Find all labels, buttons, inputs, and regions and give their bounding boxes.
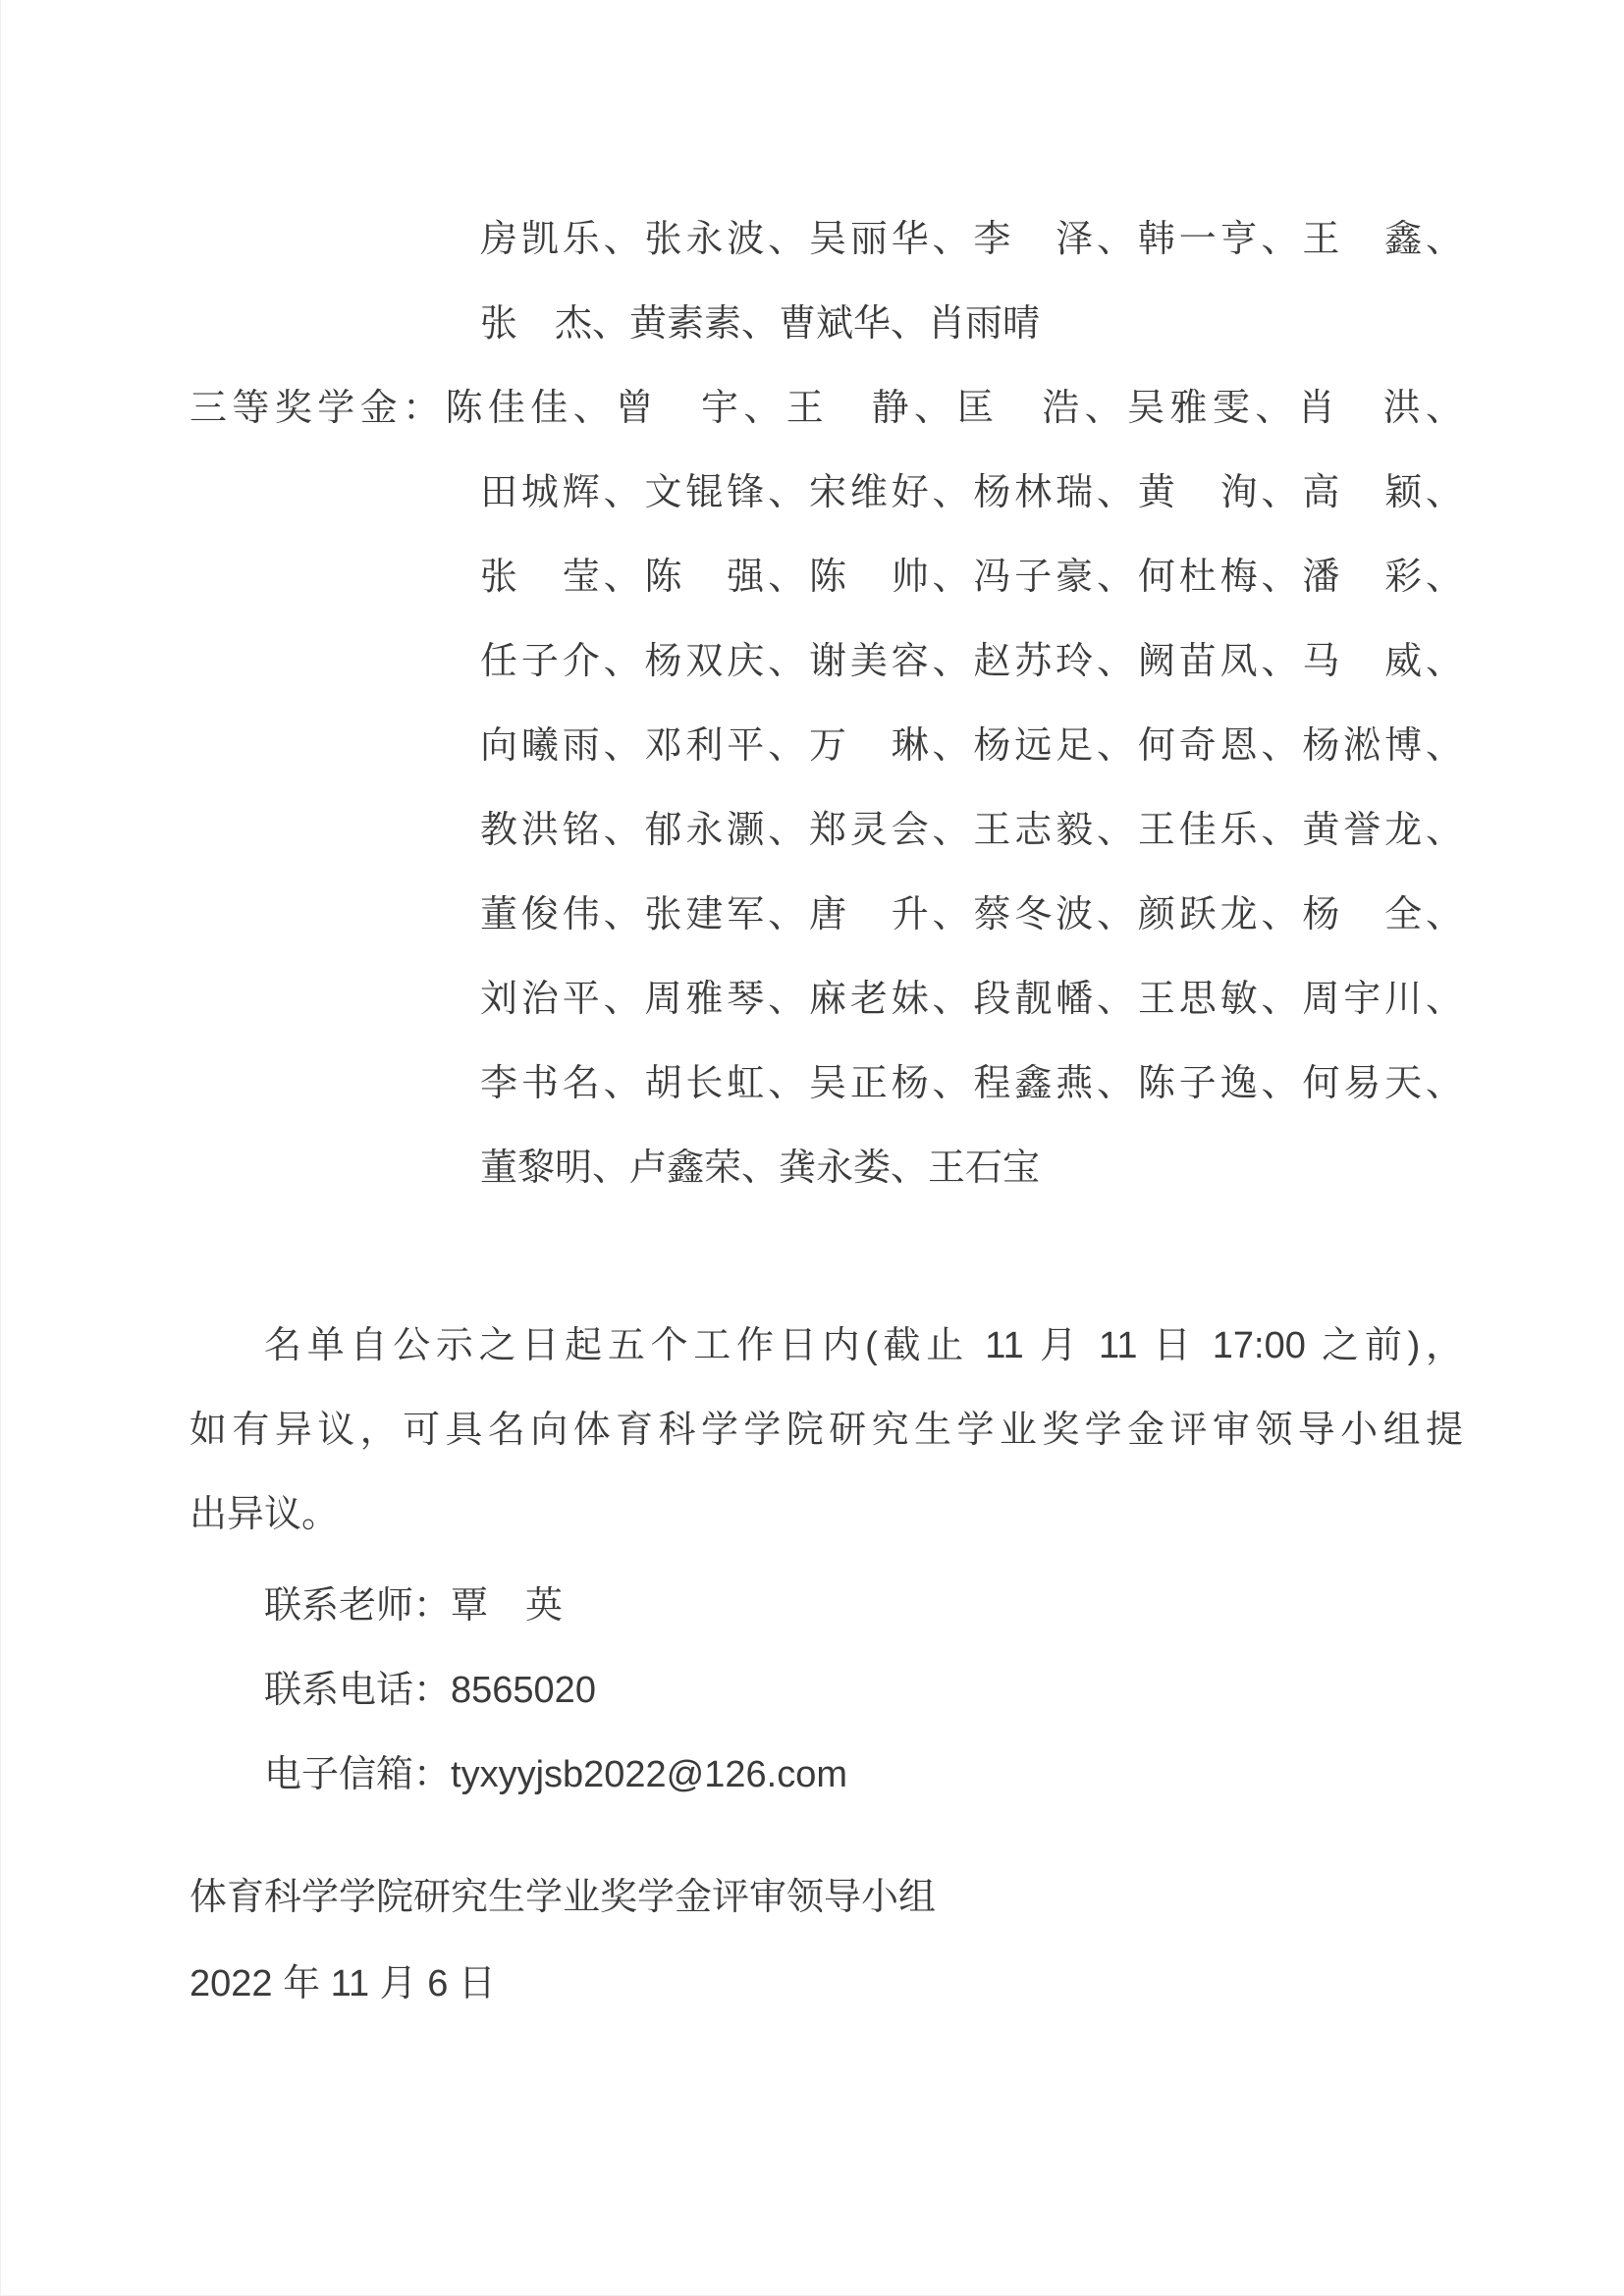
contact-phone-line: 联系电话：8565020 — [264, 1648, 1463, 1733]
scholarship-name-list: 房凯乐、张永波、吴丽华、李 泽、韩一亨、王 鑫、 张 杰、黄素素、曹斌华、肖雨晴… — [189, 197, 1463, 1210]
contact-phone-label: 联系电话： — [264, 1670, 451, 1711]
name-line: 董俊伟、张建军、唐 升、蔡冬波、颜跃龙、杨 全、 — [189, 873, 1463, 957]
contact-email-value: tyxyyjsb2022@126.com — [451, 1754, 847, 1795]
contact-email-label: 电子信箱： — [264, 1754, 451, 1795]
name-line: 张 杰、黄素素、曹斌华、肖雨晴 — [189, 282, 1463, 366]
name-line: 李书名、胡长虹、吴正杨、程鑫燕、陈子逸、何易天、 — [189, 1041, 1463, 1126]
third-award-label: 三等奖学金： — [189, 388, 445, 429]
name-line: 教洪铭、郁永灏、郑灵会、王志毅、王佳乐、黄誉龙、 — [189, 788, 1463, 873]
name-line: 房凯乐、张永波、吴丽华、李 泽、韩一亨、王 鑫、 — [189, 197, 1463, 282]
contact-block: 联系老师：覃 英 联系电话：8565020 电子信箱：tyxyyjsb2022@… — [189, 1564, 1463, 1817]
contact-teacher-value: 覃 英 — [451, 1585, 563, 1627]
contact-email-line: 电子信箱：tyxyyjsb2022@126.com — [264, 1733, 1463, 1817]
notice-line: 名单自公示之日起五个工作日内(截止 11 月 11 日 17:00 之前)， — [189, 1304, 1463, 1388]
contact-phone-value: 8565020 — [451, 1670, 596, 1711]
notice-line: 出异议。 — [189, 1472, 1463, 1557]
name-line: 向曦雨、邓利平、万 琳、杨远足、何奇恩、杨淞博、 — [189, 704, 1463, 788]
signature-date: 2022 年 11 月 6 日 — [189, 1941, 1365, 2027]
name-line: 张 莹、陈 强、陈 帅、冯子豪、何杜梅、潘 彩、 — [189, 535, 1463, 619]
name-line: 田城辉、文锟锋、宋维好、杨林瑞、黄 洵、高 颖、 — [189, 451, 1463, 535]
contact-teacher-label: 联系老师： — [264, 1585, 451, 1627]
third-award-heading-line: 三等奖学金：陈佳佳、曾 宇、王 静、匡 浩、吴雅雯、肖 洪、 — [189, 366, 1463, 451]
name-line: 陈佳佳、曾 宇、王 静、匡 浩、吴雅雯、肖 洪、 — [445, 388, 1463, 429]
name-line: 董黎明、卢鑫荣、龚永娄、王石宝 — [189, 1126, 1463, 1210]
name-line: 刘治平、周雅琴、麻老妹、段靓幡、王思敏、周宇川、 — [189, 957, 1463, 1041]
contact-teacher-line: 联系老师：覃 英 — [264, 1564, 1463, 1648]
notice-paragraph: 名单自公示之日起五个工作日内(截止 11 月 11 日 17:00 之前)， 如… — [189, 1304, 1463, 1557]
document-page: 房凯乐、张永波、吴丽华、李 泽、韩一亨、王 鑫、 张 杰、黄素素、曹斌华、肖雨晴… — [0, 0, 1624, 2296]
name-line: 任子介、杨双庆、谢美容、赵苏玲、阙苗凤、马 威、 — [189, 619, 1463, 704]
signature-organization: 体育科学学院研究生学业奖学金评审领导小组 — [189, 1854, 1365, 1941]
signature-block: 体育科学学院研究生学业奖学金评审领导小组 2022 年 11 月 6 日 — [189, 1854, 1463, 2027]
notice-line: 如有异议，可具名向体育科学学院研究生学业奖学金评审领导小组提 — [189, 1388, 1463, 1472]
